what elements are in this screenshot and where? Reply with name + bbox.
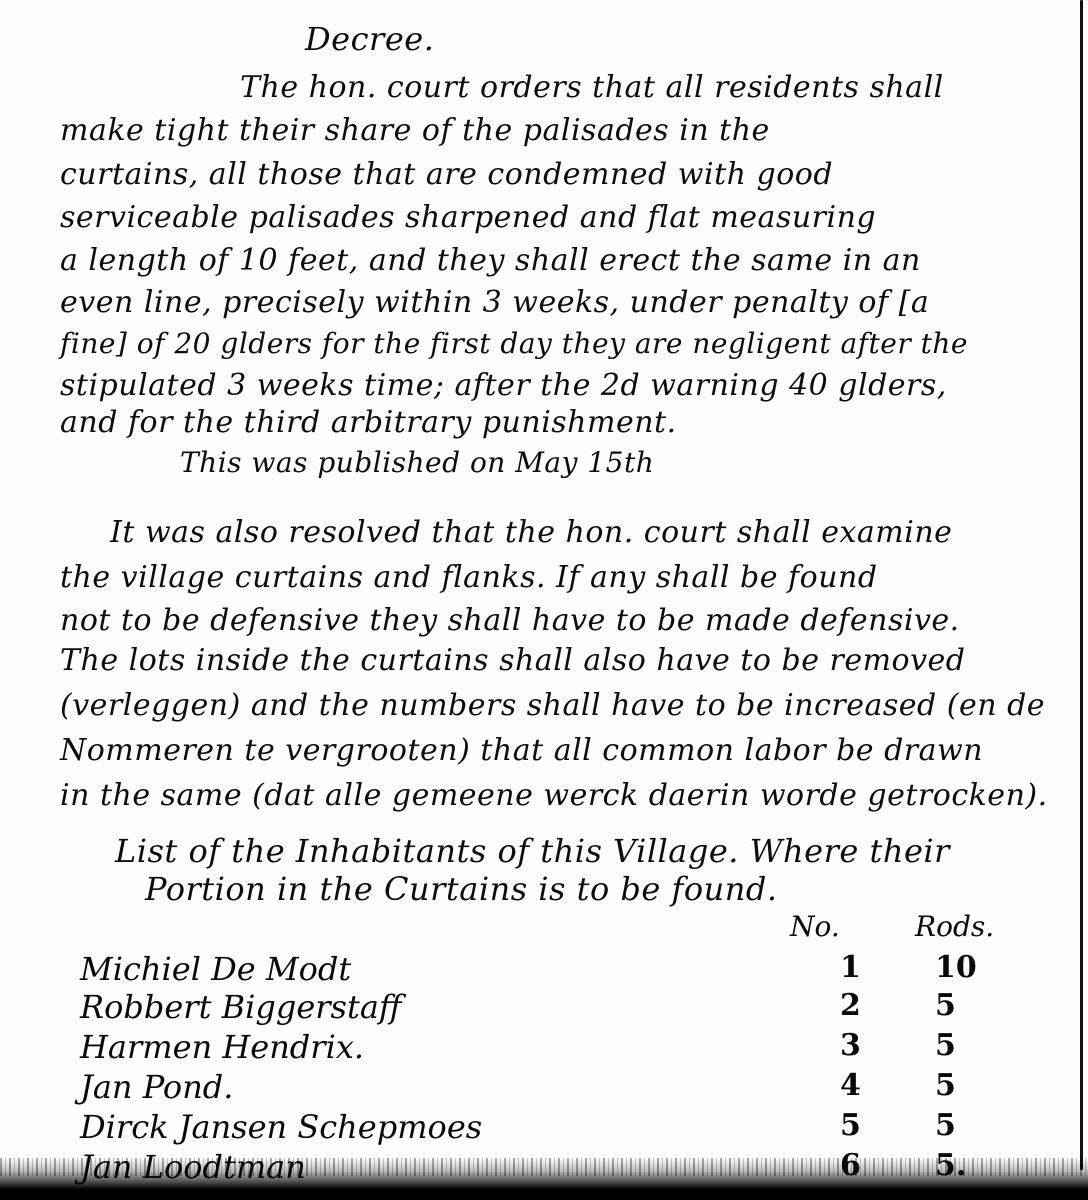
inhabitant-row: Jan Pond. 4 5 [60, 1068, 1060, 1106]
decree-line: The hon. court orders that all residents… [240, 70, 944, 105]
inhabitant-rods: 5 [935, 1068, 956, 1103]
inhabitant-number: 1 [840, 950, 861, 985]
inhabitant-row: Robbert Biggerstaff 2 5 [60, 988, 1060, 1026]
decree-line: and for the third arbitrary punishment. [60, 405, 677, 440]
resolution-line: It was also resolved that the hon. court… [110, 515, 952, 550]
inhabitant-row: Harmen Hendrix. 3 5 [60, 1028, 1060, 1066]
resolution-line: Nommeren te vergrooten) that all common … [60, 733, 983, 768]
inhabitant-name: Robbert Biggerstaff [80, 988, 402, 1026]
decree-line: fine] of 20 glders for the first day the… [60, 327, 968, 360]
scan-bottom-edge-artifact [0, 1158, 1088, 1200]
decree-line: stipulated 3 weeks time; after the 2d wa… [60, 368, 947, 403]
decree-line: curtains, all those that are condemned w… [60, 157, 833, 192]
inhabitant-number: 4 [840, 1068, 861, 1103]
inhabitant-number: 3 [840, 1028, 861, 1063]
inhabitant-rods: 5 [935, 988, 956, 1023]
inhabitant-rods: 5 [935, 1028, 956, 1063]
inhabitant-rods: 5 [935, 1108, 956, 1143]
resolution-line: in the same (dat alle gemeene werck daer… [60, 778, 1048, 813]
scanned-document-page: Decree. The hon. court orders that all r… [0, 0, 1088, 1200]
decree-line: even line, precisely within 3 weeks, und… [60, 285, 929, 320]
inhabitant-row: Michiel De Modt 1 10 [60, 950, 1060, 988]
resolution-line: (verleggen) and the numbers shall have t… [60, 688, 1045, 723]
decree-line: make tight their share of the palisades … [60, 113, 770, 148]
resolution-line: the village curtains and flanks. If any … [60, 560, 878, 595]
inhabitant-number: 5 [840, 1108, 861, 1143]
inhabitant-number: 2 [840, 988, 861, 1023]
column-header-number: No. [790, 910, 840, 943]
page-edge-border [1080, 0, 1083, 1170]
list-heading: Portion in the Curtains is to be found. [145, 870, 778, 908]
inhabitant-row: Dirck Jansen Schepmoes 5 5 [60, 1108, 1060, 1146]
inhabitant-name: Dirck Jansen Schepmoes [80, 1108, 482, 1146]
inhabitant-rods: 10 [935, 950, 977, 985]
decree-line: serviceable palisades sharpened and flat… [60, 200, 876, 235]
inhabitant-name: Jan Pond. [80, 1068, 233, 1106]
column-header-rods: Rods. [915, 910, 994, 943]
decree-line: a length of 10 feet, and they shall erec… [60, 243, 921, 278]
inhabitant-name: Michiel De Modt [80, 950, 351, 988]
list-heading: List of the Inhabitants of this Village.… [115, 832, 950, 870]
document-title: Decree. [305, 20, 434, 58]
resolution-line: The lots inside the curtains shall also … [60, 643, 966, 678]
inhabitant-name: Harmen Hendrix. [80, 1028, 364, 1066]
resolution-line: not to be defensive they shall have to b… [60, 603, 960, 638]
publication-note: This was published on May 15th [180, 446, 654, 479]
